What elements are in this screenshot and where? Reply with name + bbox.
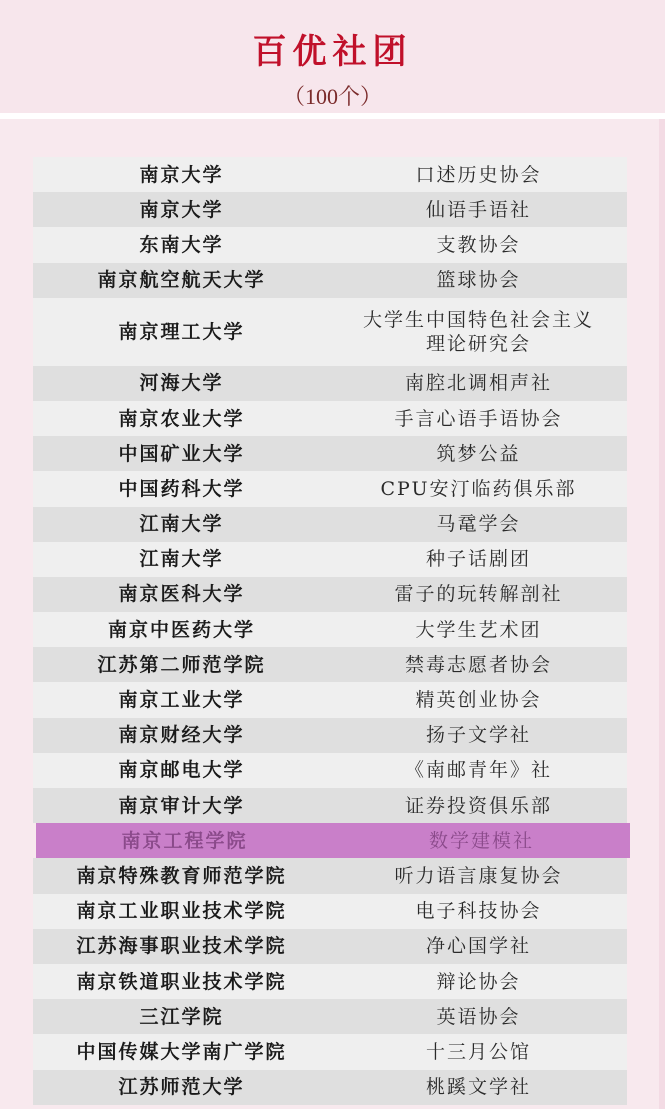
table-row: 东南大学 支教协会 xyxy=(33,227,627,262)
club-cell: 辩论协会 xyxy=(330,970,627,994)
table-row: 南京医科大学 雷子的玩转解剖社 xyxy=(33,577,627,612)
school-cell: 南京特殊教育师范学院 xyxy=(33,864,330,888)
table-row: 江苏第二师范学院 禁毒志愿者协会 xyxy=(33,647,627,682)
table-row: 中国传媒大学南广学院 十三月公馆 xyxy=(33,1034,627,1069)
table-row: 南京铁道职业技术学院 辩论协会 xyxy=(33,964,627,999)
table-row-highlighted: 南京工程学院 数学建模社 xyxy=(36,823,630,858)
club-cell: 听力语言康复协会 xyxy=(330,864,627,888)
school-cell: 南京医科大学 xyxy=(33,582,330,606)
table-row: 南京大学 口述历史协会 xyxy=(33,157,627,192)
school-cell: 南京大学 xyxy=(33,198,330,222)
club-cell: 禁毒志愿者协会 xyxy=(330,653,627,677)
school-cell: 中国矿业大学 xyxy=(33,442,330,466)
club-cell: 大学生艺术团 xyxy=(330,618,627,642)
club-cell: 证券投资俱乐部 xyxy=(330,794,627,818)
school-cell: 江苏师范大学 xyxy=(33,1075,330,1099)
club-cell: 马鼋学会 xyxy=(330,512,627,536)
school-cell: 南京工业职业技术学院 xyxy=(33,899,330,923)
school-cell: 江南大学 xyxy=(33,512,330,536)
table-row: 南京特殊教育师范学院 听力语言康复协会 xyxy=(33,858,627,893)
school-cell: 南京航空航天大学 xyxy=(33,268,330,292)
school-cell: 南京大学 xyxy=(33,163,330,187)
club-cell-line-2: 理论研究会 xyxy=(330,332,627,356)
table-row: 南京航空航天大学 篮球协会 xyxy=(33,263,627,298)
club-cell: 《南邮青年》社 xyxy=(330,758,627,782)
decorative-border xyxy=(659,119,665,1109)
school-cell: 南京铁道职业技术学院 xyxy=(33,970,330,994)
school-cell: 中国药科大学 xyxy=(33,477,330,501)
school-cell: 中国传媒大学南广学院 xyxy=(33,1040,330,1064)
table-row: 江苏师范大学 桃蹊文学社 xyxy=(33,1070,627,1105)
club-cell: 净心国学社 xyxy=(330,934,627,958)
school-cell: 南京审计大学 xyxy=(33,794,330,818)
club-cell-line-1: 大学生中国特色社会主义 xyxy=(330,308,627,332)
club-cell: 十三月公馆 xyxy=(330,1040,627,1064)
table-row: 河海大学 南腔北调相声社 xyxy=(33,366,627,401)
school-cell: 江南大学 xyxy=(33,547,330,571)
club-cell: 支教协会 xyxy=(330,233,627,257)
club-cell: 口述历史协会 xyxy=(330,163,627,187)
table-row: 南京中医药大学 大学生艺术团 xyxy=(33,612,627,647)
table-row: 南京邮电大学 《南邮青年》社 xyxy=(33,753,627,788)
school-cell: 江苏第二师范学院 xyxy=(33,653,330,677)
school-cell: 南京财经大学 xyxy=(33,723,330,747)
club-cell: CPU安汀临药俱乐部 xyxy=(330,477,627,501)
header: 百优社团 （100个） xyxy=(0,0,665,113)
club-cell: 筑梦公益 xyxy=(330,442,627,466)
table-row: 三江学院 英语协会 xyxy=(33,999,627,1034)
club-cell: 桃蹊文学社 xyxy=(330,1075,627,1099)
club-cell: 南腔北调相声社 xyxy=(330,371,627,395)
table-row: 中国药科大学 CPU安汀临药俱乐部 xyxy=(33,471,627,506)
club-cell: 篮球协会 xyxy=(330,268,627,292)
school-cell: 江苏海事职业技术学院 xyxy=(33,934,330,958)
club-cell: 电子科技协会 xyxy=(330,899,627,923)
table-row: 南京财经大学 扬子文学社 xyxy=(33,718,627,753)
table-row: 南京工业大学 精英创业协会 xyxy=(33,682,627,717)
club-cell: 英语协会 xyxy=(330,1005,627,1029)
table-row: 江南大学 种子话剧团 xyxy=(33,542,627,577)
table-row: 南京大学 仙语手语社 xyxy=(33,192,627,227)
table-row: 江南大学 马鼋学会 xyxy=(33,507,627,542)
page-subtitle-count: （100个） xyxy=(0,80,665,111)
school-cell: 南京中医药大学 xyxy=(33,618,330,642)
school-cell: 南京工业大学 xyxy=(33,688,330,712)
club-cell: 大学生中国特色社会主义 理论研究会 xyxy=(330,308,627,356)
table-row: 南京审计大学 证券投资俱乐部 xyxy=(33,788,627,823)
club-cell: 精英创业协会 xyxy=(330,688,627,712)
club-cell: 雷子的玩转解剖社 xyxy=(330,582,627,606)
school-cell: 东南大学 xyxy=(33,233,330,257)
school-cell: 南京工程学院 xyxy=(36,829,333,853)
school-cell: 南京理工大学 xyxy=(33,320,330,344)
school-cell: 南京农业大学 xyxy=(33,407,330,431)
clubs-table: 南京大学 口述历史协会 南京大学 仙语手语社 东南大学 支教协会 南京航空航天大… xyxy=(33,157,627,1105)
club-cell: 数学建模社 xyxy=(333,829,630,853)
club-cell: 手言心语手语协会 xyxy=(330,407,627,431)
table-row: 南京农业大学 手言心语手语协会 xyxy=(33,401,627,436)
table-row: 南京理工大学 大学生中国特色社会主义 理论研究会 xyxy=(33,298,627,366)
school-cell: 三江学院 xyxy=(33,1005,330,1029)
school-cell: 河海大学 xyxy=(33,371,330,395)
table-row: 南京工业职业技术学院 电子科技协会 xyxy=(33,894,627,929)
club-cell: 种子话剧团 xyxy=(330,547,627,571)
page-title: 百优社团 xyxy=(0,24,665,73)
table-row: 中国矿业大学 筑梦公益 xyxy=(33,436,627,471)
club-cell: 扬子文学社 xyxy=(330,723,627,747)
club-cell: 仙语手语社 xyxy=(330,198,627,222)
school-cell: 南京邮电大学 xyxy=(33,758,330,782)
table-row: 江苏海事职业技术学院 净心国学社 xyxy=(33,929,627,964)
